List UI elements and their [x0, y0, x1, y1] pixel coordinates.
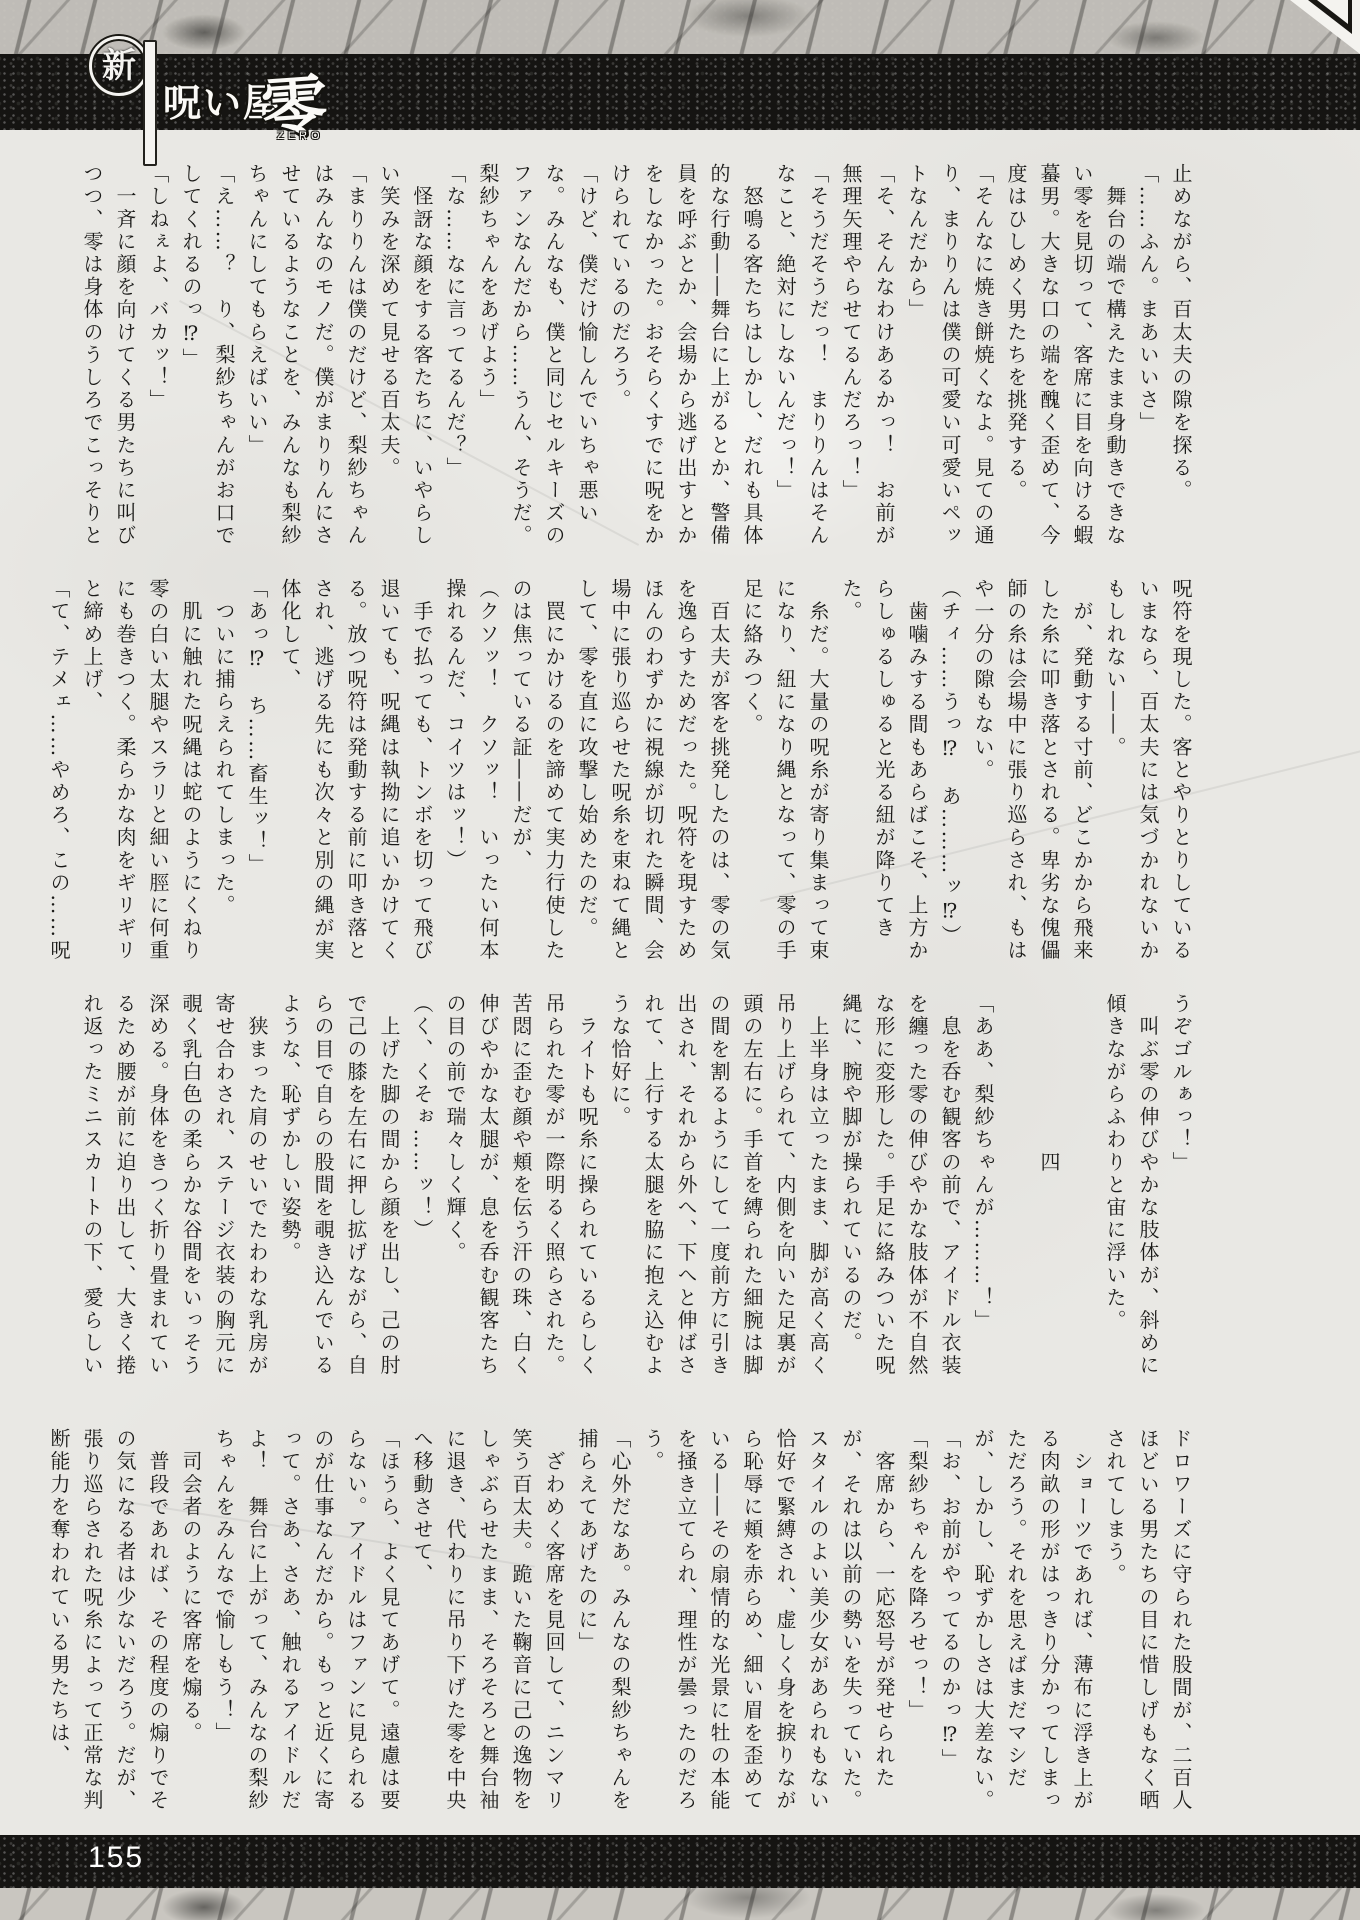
logo-emblem-kanji: 新: [102, 46, 136, 86]
logo-vertical-stroke: [143, 40, 157, 166]
series-logo: 新 呪い屋 零 ZERO: [55, 14, 355, 164]
text-band-4: ドロワーズに守られた股間が、二百人ほどいる男たちの目に惜しげもなく晒されてしまう…: [42, 1428, 1197, 1824]
text-band-1: 止めながら、百太夫の隙を探る。 「……ふん。まあいいさ」 舞台の端で構えたまま身…: [42, 163, 1197, 559]
logo-emblem-circle: 新: [89, 36, 149, 96]
page-number: 155: [88, 1841, 144, 1875]
logo-roman-text: ZERO: [277, 130, 324, 142]
text-band-3: うぞゴルぁっ！」 叫ぶ零の伸びやかな肢体が、斜めに傾きながらふわりと宙に浮いた。…: [42, 993, 1197, 1389]
corner-fold-core-icon: [1317, 0, 1348, 24]
footer-marble-texture: [0, 1888, 1360, 1920]
text-band-2: 呪符を現した。客とやりとりしているいまなら、百太夫には気づかれないかもしれない―…: [42, 578, 1197, 974]
footer-grunge-band: [0, 1835, 1360, 1888]
